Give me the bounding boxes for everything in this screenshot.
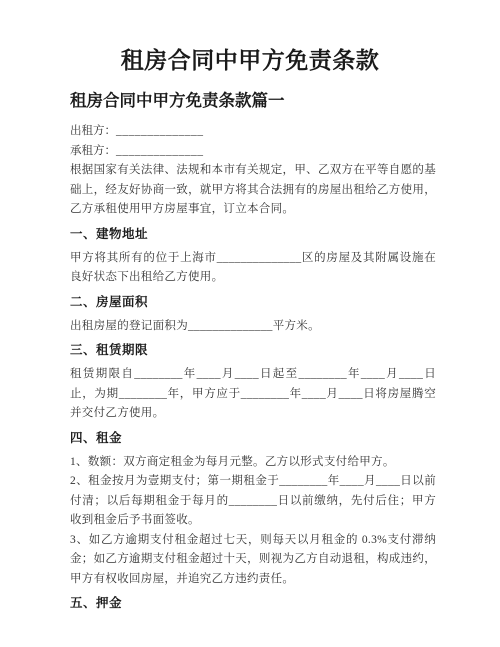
para-lease-term: 租赁期限自________年____月____日起至________年____月… [70,365,436,424]
lessee-blank-field: ______________ [116,145,204,157]
rent-item-1: 1、数额：双方商定租金为每月元整。乙方以形式支付给甲方。 [70,453,436,473]
heading-rent: 四、租金 [70,429,436,448]
section-deposit: 五、押金 [70,594,436,613]
document-title: 租房合同中甲方免责条款 [0,46,500,76]
party-line-lessor: 出租方：______________ [70,121,436,141]
heading-lease-term: 三、租赁期限 [70,341,436,360]
document-subtitle: 租房合同中甲方免责条款篇一 [70,90,436,112]
heading-deposit: 五、押金 [70,594,436,613]
section-rent: 四、租金 1、数额：双方商定租金为每月元整。乙方以形式支付给甲方。 2、租金按月… [70,429,436,590]
intro-paragraph: 根据国家有关法律、法规和本市有关规定，甲、乙双方在平等自愿的基础上，经友好协商一… [70,161,436,220]
document-body: 租房合同中甲方免责条款篇一 出租方：______________ 承租方：___… [0,90,500,613]
heading-building-address: 一、建物地址 [70,225,436,244]
party-line-lessee: 承租方：______________ [70,141,436,161]
section-building-address: 一、建物地址 甲方将其所有的位于上海市______________区的房屋及其附… [70,225,436,288]
heading-house-area: 二、房屋面积 [70,293,436,312]
section-lease-term: 三、租赁期限 租赁期限自________年____月____日起至_______… [70,341,436,424]
rent-item-2: 2、租金按月为壹期支付；第一期租金于________年____月____日以前付… [70,472,436,531]
rent-item-3: 3、如乙方逾期支付租金超过七天，则每天以月租金的 0.3%支付滞纳金；如乙方逾期… [70,531,436,590]
para-building-address: 甲方将其所有的位于上海市______________区的房屋及其附属设施在良好状… [70,249,436,288]
lessor-blank-field: ______________ [116,125,204,137]
contract-document-page: 租房合同中甲方免责条款 租房合同中甲方免责条款篇一 出租方：__________… [0,0,500,647]
section-house-area: 二、房屋面积 出租房屋的登记面积为______________平方米。 [70,293,436,337]
lessor-label: 出租方： [70,125,116,137]
lessee-label: 承租方： [70,145,116,157]
para-house-area: 出租房屋的登记面积为______________平方米。 [70,317,436,337]
